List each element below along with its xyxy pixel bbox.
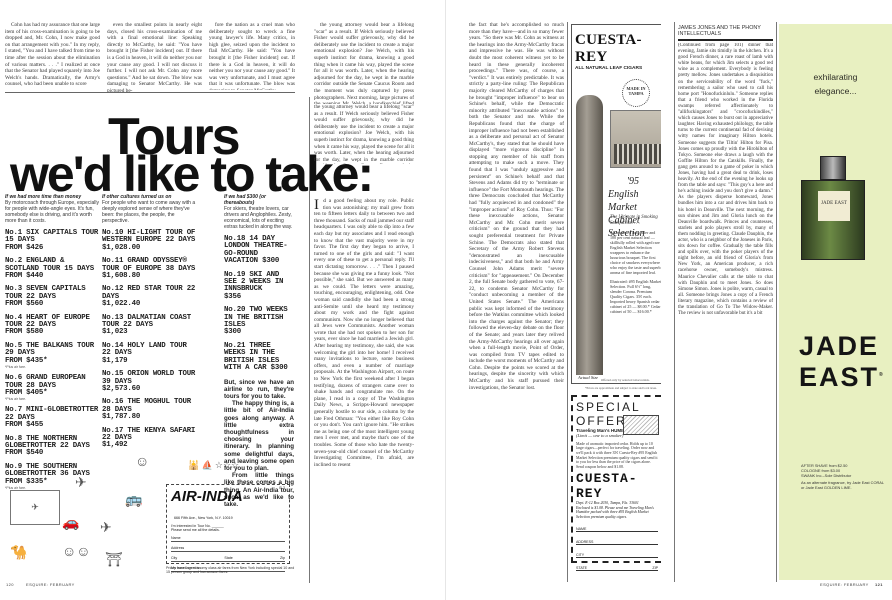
- tour-item: No.1 SIX CAPITALS TOUR 15 DAYSFROM $426: [5, 230, 99, 252]
- offer-enclosed: Enclosed is $1.08. Please send me Travel…: [576, 506, 658, 520]
- traveler-illustration: ☺: [135, 455, 149, 471]
- coupon-name-field[interactable]: Name: [171, 532, 285, 542]
- article-column-1: Cohn has had my assurance that one large…: [5, 22, 100, 90]
- camel-illustration: 🐪: [10, 545, 27, 562]
- made-in-tampa-seal: MADE IN TAMPA: [622, 79, 650, 107]
- coupon-city-field[interactable]: CityStateZip: [171, 552, 285, 562]
- cigar-image: [576, 95, 603, 375]
- tour-item: No.14 HOLY LAND TOUR 22 DAYS$1,179: [102, 343, 196, 365]
- section-intro: For skiers, theatre lovers, car drivers …: [224, 206, 294, 230]
- section-heading: If we had $300 (or thereabouts): [224, 194, 294, 206]
- humidor-image: [623, 415, 659, 435]
- drop-cap: I: [314, 198, 323, 212]
- car-illustration: 🚗: [62, 515, 79, 532]
- tour-item: No.6 GRAND EUROPEAN TOUR 28 DAYSFROM $40…: [5, 375, 99, 401]
- tour-item: No.17 THE KENYA SAFARI 22 DAYS$1,492: [102, 428, 196, 450]
- tour-item: No.10 HI-LIGHT TOUR OF WESTERN EUROPE 22…: [102, 230, 196, 252]
- actual-size-label: Actual Size: [578, 375, 598, 380]
- article-column-2: even the smallest points in nearly eight…: [107, 22, 202, 90]
- tour-item: No.5 THE BALKANS TOUR 29 DAYSFROM $435**…: [5, 343, 99, 369]
- travelers-illustration: ☺☺: [62, 545, 91, 561]
- tour-item: No.12 RED STAR TOUR 22 DAYS$1,022.40: [102, 286, 196, 308]
- tour-item: No.3 SEVEN CAPITALS TOUR 22 DAYSFROM $56…: [5, 286, 99, 308]
- tour-item: No.16 THE MOGHUL TOUR 28 DAYS$1,787.80: [102, 399, 196, 421]
- jade-east-tagline: exhilarating elegance...: [779, 70, 892, 98]
- cuesta-rey-ad: CUESTA-REY ALL NATURAL LEAF CIGARS MADE …: [571, 24, 661, 384]
- offer-body: Made of aromatic imported cedar. Holds u…: [576, 442, 658, 470]
- cigar-copy: The Ultimate in Smoking Satisfaction . .…: [610, 215, 661, 314]
- tour-item: No.2 ENGLAND & SCOTLAND TOUR 15 DAYSFROM…: [5, 258, 99, 280]
- james-jones-article: JAMES JONES AND THE PHONY INTELLECTUALS …: [678, 25, 773, 588]
- jade-east-ad: exhilarating elegance... JADE EAST JADE …: [779, 24, 892, 580]
- jade-east-details: AFTER SHAVE from $2.50 COLOGNE from $3.0…: [801, 464, 885, 491]
- tour-item: No.18 14 DAY LONDON THEATRE-GO-ROUND VAC…: [224, 236, 294, 266]
- section-intro: By motorcoach through Europe, especially…: [5, 200, 99, 224]
- air-india-logo: AIR-INDIA: [171, 488, 243, 505]
- tour-item: No.21 THREE WEEKS IN THE BRITISH ISLES W…: [224, 343, 294, 373]
- column-rule: [674, 22, 675, 582]
- tour-item: No.13 DALMATIAN COAST TOUR 22 DAYS$1,023: [102, 315, 196, 337]
- cuesta-rey-tagline: ALL NATURAL LEAF CIGARS: [572, 66, 661, 71]
- folio-magazine-right: ESQUIRE: FEBRUARY: [820, 582, 869, 587]
- column-rule: [567, 22, 568, 582]
- page-number-left: 120: [6, 582, 14, 587]
- section-intro: For people who want to come away with a …: [102, 200, 196, 224]
- page-gutter: [445, 0, 446, 600]
- air-india-coupon[interactable]: AIR-INDIA 666 Fifth Ave., New York, N.Y.…: [166, 484, 290, 564]
- article-column-3: fore the nation as a cruel man who delib…: [209, 22, 295, 90]
- taj-illustration: 🕌 ⛵ ☆☆☆: [188, 460, 239, 471]
- article-kicker: JAMES JONES AND THE PHONY INTELLECTUALS: [678, 25, 773, 41]
- section-rule: [5, 92, 295, 93]
- column-rule: [776, 22, 777, 582]
- tour-item: No.19 SKI AND SEE 2 WEEKS IN INNSBRUCK$3…: [224, 272, 294, 302]
- page-number-right: 121: [875, 582, 883, 587]
- tour-item: No.4 HEART OF EUROPE TOUR 22 DAYSFROM $5…: [5, 315, 99, 337]
- cigar-box-image: [610, 110, 661, 168]
- offer-name-field[interactable]: NAME: [576, 519, 658, 532]
- column-rule: [309, 97, 310, 583]
- offered-note: Offered only by selected tobacconists.: [601, 378, 650, 382]
- folio-magazine-left: ESQUIRE: FEBRUARY: [26, 582, 75, 587]
- tour-item: No.20 TWO WEEKS IN THE BRITISH ISLES$300: [224, 307, 294, 337]
- airplane-illustration: ✈: [75, 475, 87, 492]
- article-column-right: the fact that he's accomplished so much …: [469, 22, 564, 582]
- plane-rider-illustration: ✈: [100, 520, 112, 537]
- ad-fine-print: Prices based on economy class air fares …: [166, 566, 296, 574]
- cuesta-rey-logo: CUESTA-REY: [572, 25, 661, 66]
- article-column-center-top: the young attorney would bear a lifelong…: [314, 22, 414, 104]
- cuesta-rey-logo-coupon: CUESTA-REY: [576, 471, 658, 501]
- price-note: *Prices are approximate and subject to s…: [585, 386, 657, 390]
- offer-address-field[interactable]: ADDRESS: [576, 532, 658, 545]
- jade-east-logo: JADE EAST®: [799, 332, 885, 392]
- offer-state-field[interactable]: STATEZIP: [576, 558, 658, 571]
- signpost-illustration: ✈: [10, 490, 60, 525]
- offer-city-field[interactable]: CITY: [576, 545, 658, 558]
- article-column-center-mid: the young attorney would bear a lifelong…: [314, 104, 414, 164]
- tour-item: No.7 MINI-GLOBETROTTER 22 DAYSFROM $455: [5, 407, 99, 429]
- tour-section-1: If we had more time than money By motorc…: [5, 194, 99, 496]
- tour-item: No.8 THE NORTHERN GLOBETROTTER 22 DAYSFR…: [5, 436, 99, 458]
- coupon-code: E-2: [279, 486, 285, 490]
- temple-illustration: ⛩: [105, 552, 123, 569]
- coupon-address-field[interactable]: Address: [171, 542, 285, 552]
- article-column-center-bottom: I had a good feeling about my role. Publ…: [314, 198, 414, 582]
- coupon-address: 666 Fifth Ave., New York, N.Y. 10019: [174, 516, 233, 520]
- article-body: (Continued from page 101) dinner that ev…: [678, 43, 773, 588]
- special-offer-coupon[interactable]: SPECIAL OFFER Traveling Man's HUMIDOR (L…: [571, 395, 661, 563]
- tour-item: No.11 GRAND ODYSSEY® TOUR OF EUROPE 38 D…: [102, 258, 196, 280]
- bus-illustration: 🚌: [125, 492, 142, 509]
- cologne-bottle-image: JADE EAST: [801, 156, 865, 260]
- tour-section-2: If other cultures turned us on For peopl…: [102, 194, 196, 456]
- tour-item: No.15 ORION WORLD TOUR 39 DAYS$2,573.60: [102, 371, 196, 393]
